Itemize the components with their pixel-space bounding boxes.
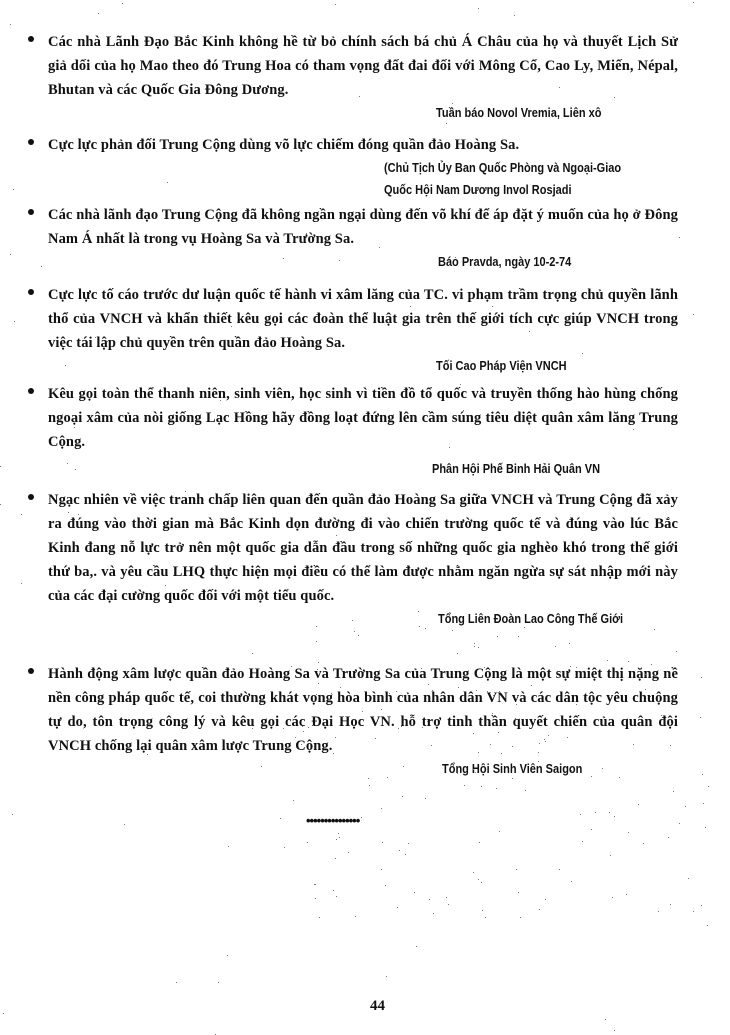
statement-source: Quốc Hội Nam Dương Invol Rosjadi	[384, 179, 643, 201]
statement-text: Cực lực tố cáo trước dư luận quốc tế hàn…	[48, 283, 678, 355]
statement-source: Tuần báo Novol Vremia, Liên xô	[436, 102, 649, 124]
statement-item: Kêu gọi toàn thể thanh niên, sinh viên, …	[28, 382, 678, 480]
statement-source: Tổng Liên Đoàn Lao Công Thế Giới	[438, 608, 649, 630]
bullet-icon	[28, 209, 34, 215]
bullet-icon	[28, 139, 34, 145]
bullet-icon	[28, 36, 34, 42]
section-divider: •••••••••••••••	[306, 813, 359, 828]
statement-item: Cực lực phản đối Trung Cộng dùng võ lực …	[28, 133, 678, 201]
statement-item: Các nhà lãnh đạo Trung Cộng đã không ngầ…	[28, 203, 678, 273]
statement-source: Phân Hội Phế Binh Hải Quân VN	[432, 458, 648, 480]
statement-item: Cực lực tố cáo trước dư luận quốc tế hàn…	[28, 283, 678, 377]
statement-item: Các nhà Lãnh Đạo Bắc Kinh không hề từ bỏ…	[28, 30, 678, 124]
statement-text: Ngạc nhiên về việc tranh chấp liên quan …	[48, 488, 678, 608]
bullet-icon	[28, 494, 34, 500]
statement-item: Ngạc nhiên về việc tranh chấp liên quan …	[28, 488, 678, 630]
statement-text: Các nhà lãnh đạo Trung Cộng đã không ngầ…	[48, 203, 678, 251]
bullet-icon	[28, 388, 34, 394]
statement-text: Cực lực phản đối Trung Cộng dùng võ lực …	[48, 133, 678, 157]
statement-source: Tối Cao Pháp Viện VNCH	[436, 355, 649, 377]
statement-text: Kêu gọi toàn thể thanh niên, sinh viên, …	[48, 382, 678, 454]
statement-text: Các nhà Lãnh Đạo Bắc Kinh không hề từ bỏ…	[48, 30, 678, 102]
bullet-icon	[28, 668, 34, 674]
statement-source: Báo Pravda, ngày 10-2-74	[438, 251, 649, 273]
statement-text: Hành động xâm lược quần đảo Hoàng Sa và …	[48, 662, 678, 758]
statement-source: (Chủ Tịch Ủy Ban Quốc Phòng và Ngoại-Gia…	[384, 157, 643, 179]
statement-item: Hành động xâm lược quần đảo Hoàng Sa và …	[28, 662, 678, 780]
page-number: 44	[370, 998, 385, 1015]
bullet-icon	[28, 289, 34, 295]
